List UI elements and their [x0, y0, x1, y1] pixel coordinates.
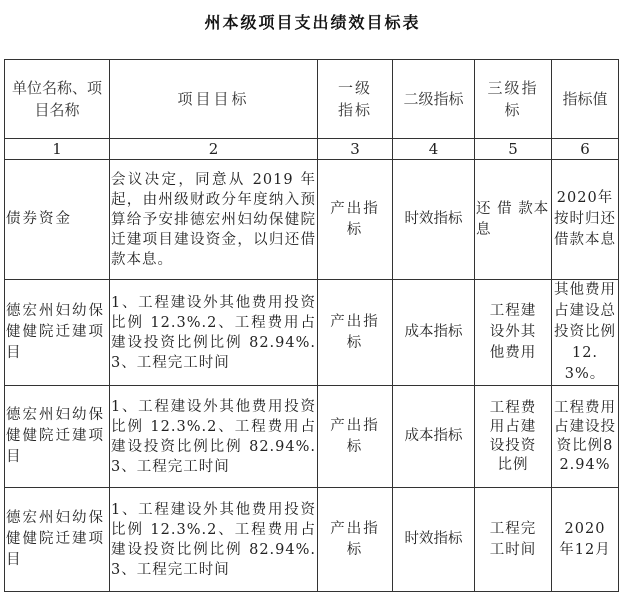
level2-indicator: 时效指标: [393, 488, 475, 592]
unit-project-name: 德宏州妇幼保健健院迁建项目: [5, 488, 110, 592]
level3-indicator: 还 借 款本息: [475, 160, 552, 280]
unit-project-name: 债券资金: [5, 160, 110, 280]
header-level1-indicator: 一级指标: [318, 60, 393, 139]
header-level3-indicator: 三级指标: [475, 60, 552, 139]
unit-project-name: 德宏州妇幼保健健院迁建项目: [5, 280, 110, 386]
table-row: 德宏州妇幼保健健院迁建项目 1、工程建设外其他费用投资比例 12.3%.2、工程…: [5, 488, 619, 592]
indicator-value: 工程费用占建设投资比例82.94%: [552, 386, 619, 488]
level2-indicator: 成本指标: [393, 280, 475, 386]
column-number-row: 1 2 3 4 5 6: [5, 139, 619, 160]
level2-indicator: 时效指标: [393, 160, 475, 280]
header-row: 单位名称、项目名称 项目目标 一级指标 二级指标 三级指标 指标值: [5, 60, 619, 139]
project-objective: 1、工程建设外其他费用投资比例 12.3%.2、工程费用占建设投资比例比例 82…: [110, 488, 318, 592]
column-number: 2: [110, 139, 318, 160]
column-number: 3: [318, 139, 393, 160]
table-row: 德宏州妇幼保健健院迁建项目 1、工程建设外其他费用投资比例 12.3%.2、工程…: [5, 386, 619, 488]
column-number: 6: [552, 139, 619, 160]
level2-indicator: 成本指标: [393, 386, 475, 488]
header-unit-project-name: 单位名称、项目名称: [5, 60, 110, 139]
project-objective: 1、工程建设外其他费用投资比例 12.3%.2、工程费用占建设投资比例比例 82…: [110, 386, 318, 488]
table-row: 债券资金 会议决定，同意从 2019 年起，由州级财政分年度纳入预算给予安排德宏…: [5, 160, 619, 280]
indicator-value: 2020年按时归还借款本息: [552, 160, 619, 280]
header-project-objective: 项目目标: [110, 60, 318, 139]
level3-indicator: 工程费用占建设投资比例: [475, 386, 552, 488]
column-number: 5: [475, 139, 552, 160]
indicator-value: 2020年12月: [552, 488, 619, 592]
header-level2-indicator: 二级指标: [393, 60, 475, 139]
level3-indicator: 工程完工时间: [475, 488, 552, 592]
header-indicator-value: 指标值: [552, 60, 619, 139]
column-number: 1: [5, 139, 110, 160]
project-objective: 1、工程建设外其他费用投资比例 12.3%.2、工程费用占建设投资比例比例 82…: [110, 280, 318, 386]
column-number: 4: [393, 139, 475, 160]
performance-target-table: 单位名称、项目名称 项目目标 一级指标 二级指标 三级指标 指标值 1 2 3 …: [4, 59, 619, 592]
level1-indicator: 产出指标: [318, 488, 393, 592]
indicator-value: 其他费用占建设总投资比例12.3%。: [552, 280, 619, 386]
level3-indicator: 工程建设外其他费用: [475, 280, 552, 386]
level1-indicator: 产出指标: [318, 160, 393, 280]
project-objective: 会议决定，同意从 2019 年起，由州级财政分年度纳入预算给予安排德宏州妇幼保健…: [110, 160, 318, 280]
level1-indicator: 产出指标: [318, 386, 393, 488]
page-title: 州本级项目支出绩效目标表: [0, 10, 625, 33]
unit-project-name: 德宏州妇幼保健健院迁建项目: [5, 386, 110, 488]
table-row: 德宏州妇幼保健健院迁建项目 1、工程建设外其他费用投资比例 12.3%.2、工程…: [5, 280, 619, 386]
level1-indicator: 产出指标: [318, 280, 393, 386]
